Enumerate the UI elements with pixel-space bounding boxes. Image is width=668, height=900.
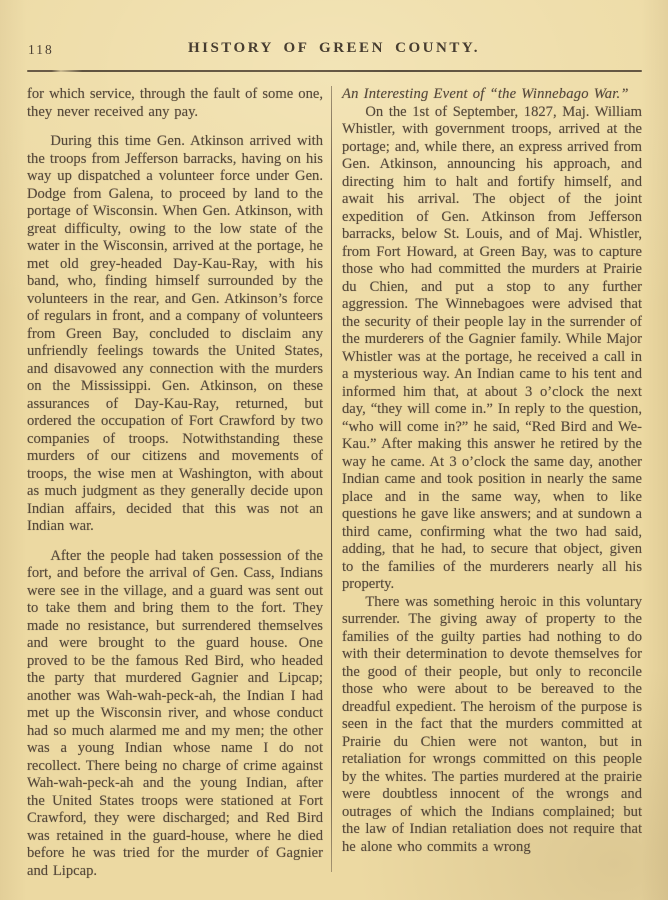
body-paragraph: There was something heroic in this volun…	[342, 594, 642, 857]
header-rule	[27, 70, 642, 72]
column-divider	[331, 86, 332, 872]
page-header: 118 HISTORY OF GREEN COUNTY.	[28, 40, 640, 60]
body-paragraph: During this time Gen. Atkinson arrived w…	[27, 133, 323, 536]
body-paragraph: On the 1st of September, 1827, Maj. Will…	[342, 104, 642, 594]
text-columns: for which service, through the fault of …	[27, 86, 642, 878]
body-paragraph: After the people had taken possession of…	[27, 548, 323, 881]
book-page: 118 HISTORY OF GREEN COUNTY. for which s…	[0, 0, 668, 900]
body-paragraph: for which service, through the fault of …	[27, 86, 323, 121]
article-heading: An Interesting Event of “the Winnebago W…	[342, 86, 642, 104]
left-column: for which service, through the fault of …	[27, 86, 323, 878]
right-column: An Interesting Event of “the Winnebago W…	[342, 86, 642, 878]
running-title: HISTORY OF GREEN COUNTY.	[28, 40, 640, 57]
